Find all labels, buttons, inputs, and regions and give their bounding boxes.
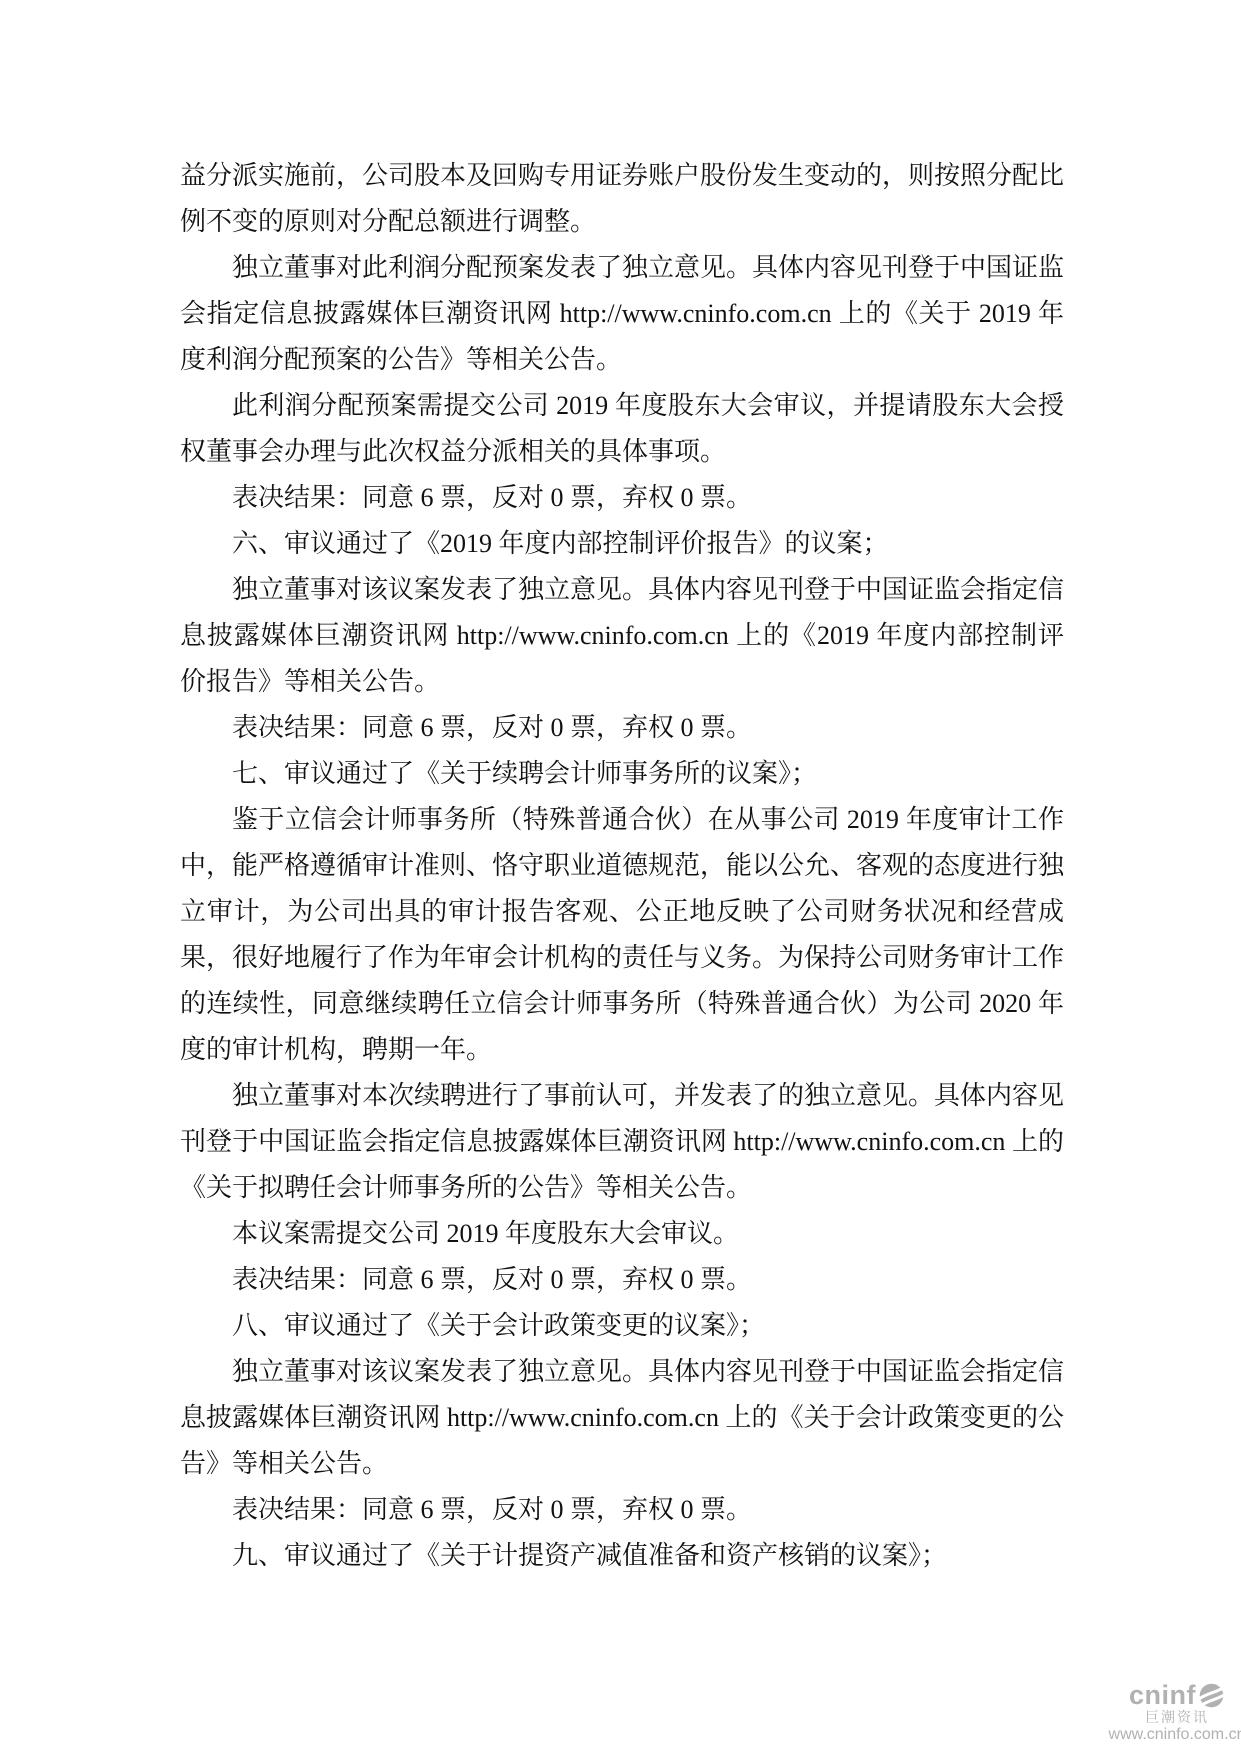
document-body: 益分派实施前，公司股本及回购专用证券账户股份发生变动的，则按照分配比例不变的原则… bbox=[180, 153, 1064, 1579]
paragraph: 益分派实施前，公司股本及回购专用证券账户股份发生变动的，则按照分配比例不变的原则… bbox=[180, 153, 1064, 245]
cninfo-site-url: www.cninfo.com.cn bbox=[1088, 1727, 1241, 1743]
cninfo-site-name: 巨潮资讯 bbox=[1088, 1710, 1241, 1725]
paragraph-vote-result: 表决结果：同意 6 票，反对 0 票，弃权 0 票。 bbox=[180, 475, 1064, 521]
paragraph: 此利润分配预案需提交公司 2019 年度股东大会审议，并提请股东大会授权董事会办… bbox=[180, 383, 1064, 475]
paragraph: 独立董事对此利润分配预案发表了独立意见。具体内容见刊登于中国证监会指定信息披露媒… bbox=[180, 245, 1064, 383]
paragraph: 本议案需提交公司 2019 年度股东大会审议。 bbox=[180, 1211, 1064, 1257]
paragraph-item-8: 八、审议通过了《关于会计政策变更的议案》； bbox=[180, 1303, 1064, 1349]
paragraph-vote-result: 表决结果：同意 6 票，反对 0 票，弃权 0 票。 bbox=[180, 1257, 1064, 1303]
paragraph-vote-result: 表决结果：同意 6 票，反对 0 票，弃权 0 票。 bbox=[180, 1487, 1064, 1533]
paragraph: 独立董事对该议案发表了独立意见。具体内容见刊登于中国证监会指定信息披露媒体巨潮资… bbox=[180, 567, 1064, 705]
cninfo-watermark: cninf 巨潮资讯 www.cninfo.com.cn bbox=[1088, 1681, 1241, 1743]
paragraph-item-6: 六、审议通过了《2019 年度内部控制评价报告》的议案； bbox=[180, 521, 1064, 567]
paragraph: 独立董事对该议案发表了独立意见。具体内容见刊登于中国证监会指定信息披露媒体巨潮资… bbox=[180, 1349, 1064, 1487]
paragraph-item-9: 九、审议通过了《关于计提资产减值准备和资产核销的议案》； bbox=[180, 1533, 1064, 1579]
paragraph: 独立董事对本次续聘进行了事前认可，并发表了的独立意见。具体内容见刊登于中国证监会… bbox=[180, 1073, 1064, 1211]
document-page: 益分派实施前，公司股本及回购专用证券账户股份发生变动的，则按照分配比例不变的原则… bbox=[0, 0, 1241, 1754]
paragraph-vote-result: 表决结果：同意 6 票，反对 0 票，弃权 0 票。 bbox=[180, 705, 1064, 751]
cninfo-globe-swoosh-icon bbox=[1198, 1682, 1225, 1709]
paragraph: 鉴于立信会计师事务所（特殊普通合伙）在从事公司 2019 年度审计工作中，能严格… bbox=[180, 797, 1064, 1073]
cninfo-logo-row: cninf bbox=[1088, 1681, 1241, 1709]
paragraph-item-7: 七、审议通过了《关于续聘会计师事务所的议案》； bbox=[180, 751, 1064, 797]
cninfo-brand-text: cninf bbox=[1129, 1682, 1196, 1709]
